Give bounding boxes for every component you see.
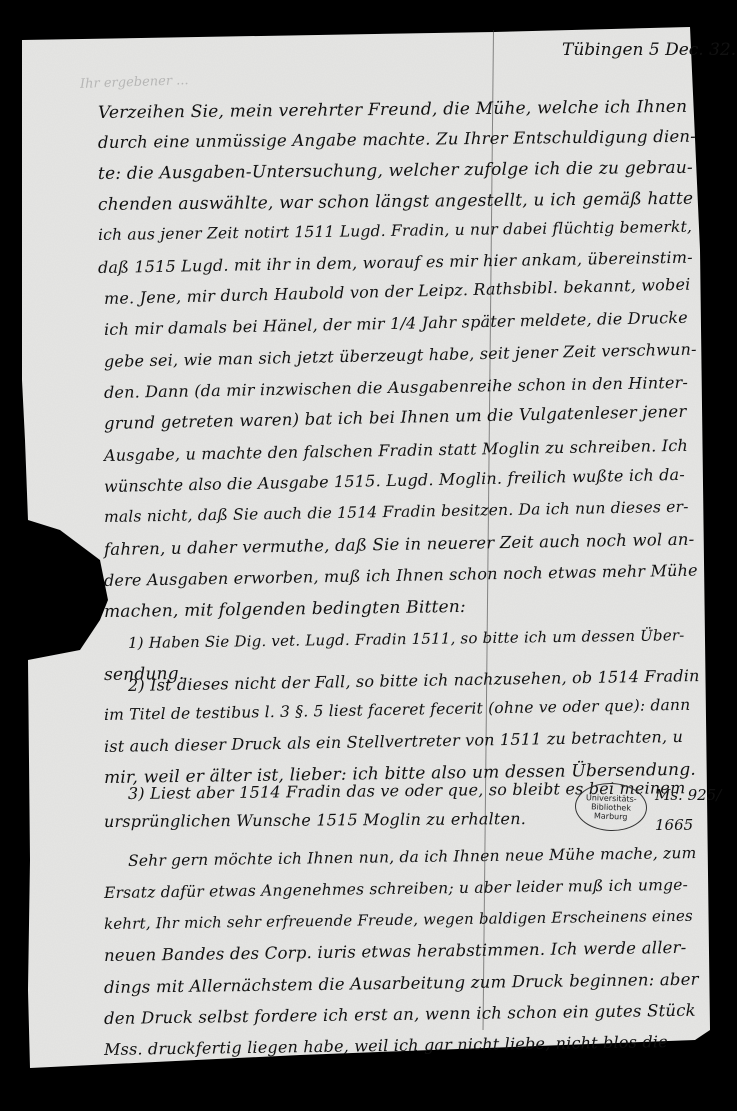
stamp-line: Marburg xyxy=(594,811,628,821)
letter-date-header: Tübingen 5 Dec. 32. xyxy=(562,40,736,60)
shelfmark: Ms. 925/ 1665 xyxy=(655,780,721,840)
manuscript-page: Ihr ergebener ... Tübingen 5 Dec. 32. Ve… xyxy=(0,0,737,1111)
shelfmark-line-1: Ms. 925/ xyxy=(655,780,721,810)
letter-line: ursprünglichen Wunsche 1515 Moglin zu er… xyxy=(104,809,526,831)
paper-tear xyxy=(305,1055,311,1071)
shelfmark-line-2: 1665 xyxy=(655,810,721,840)
